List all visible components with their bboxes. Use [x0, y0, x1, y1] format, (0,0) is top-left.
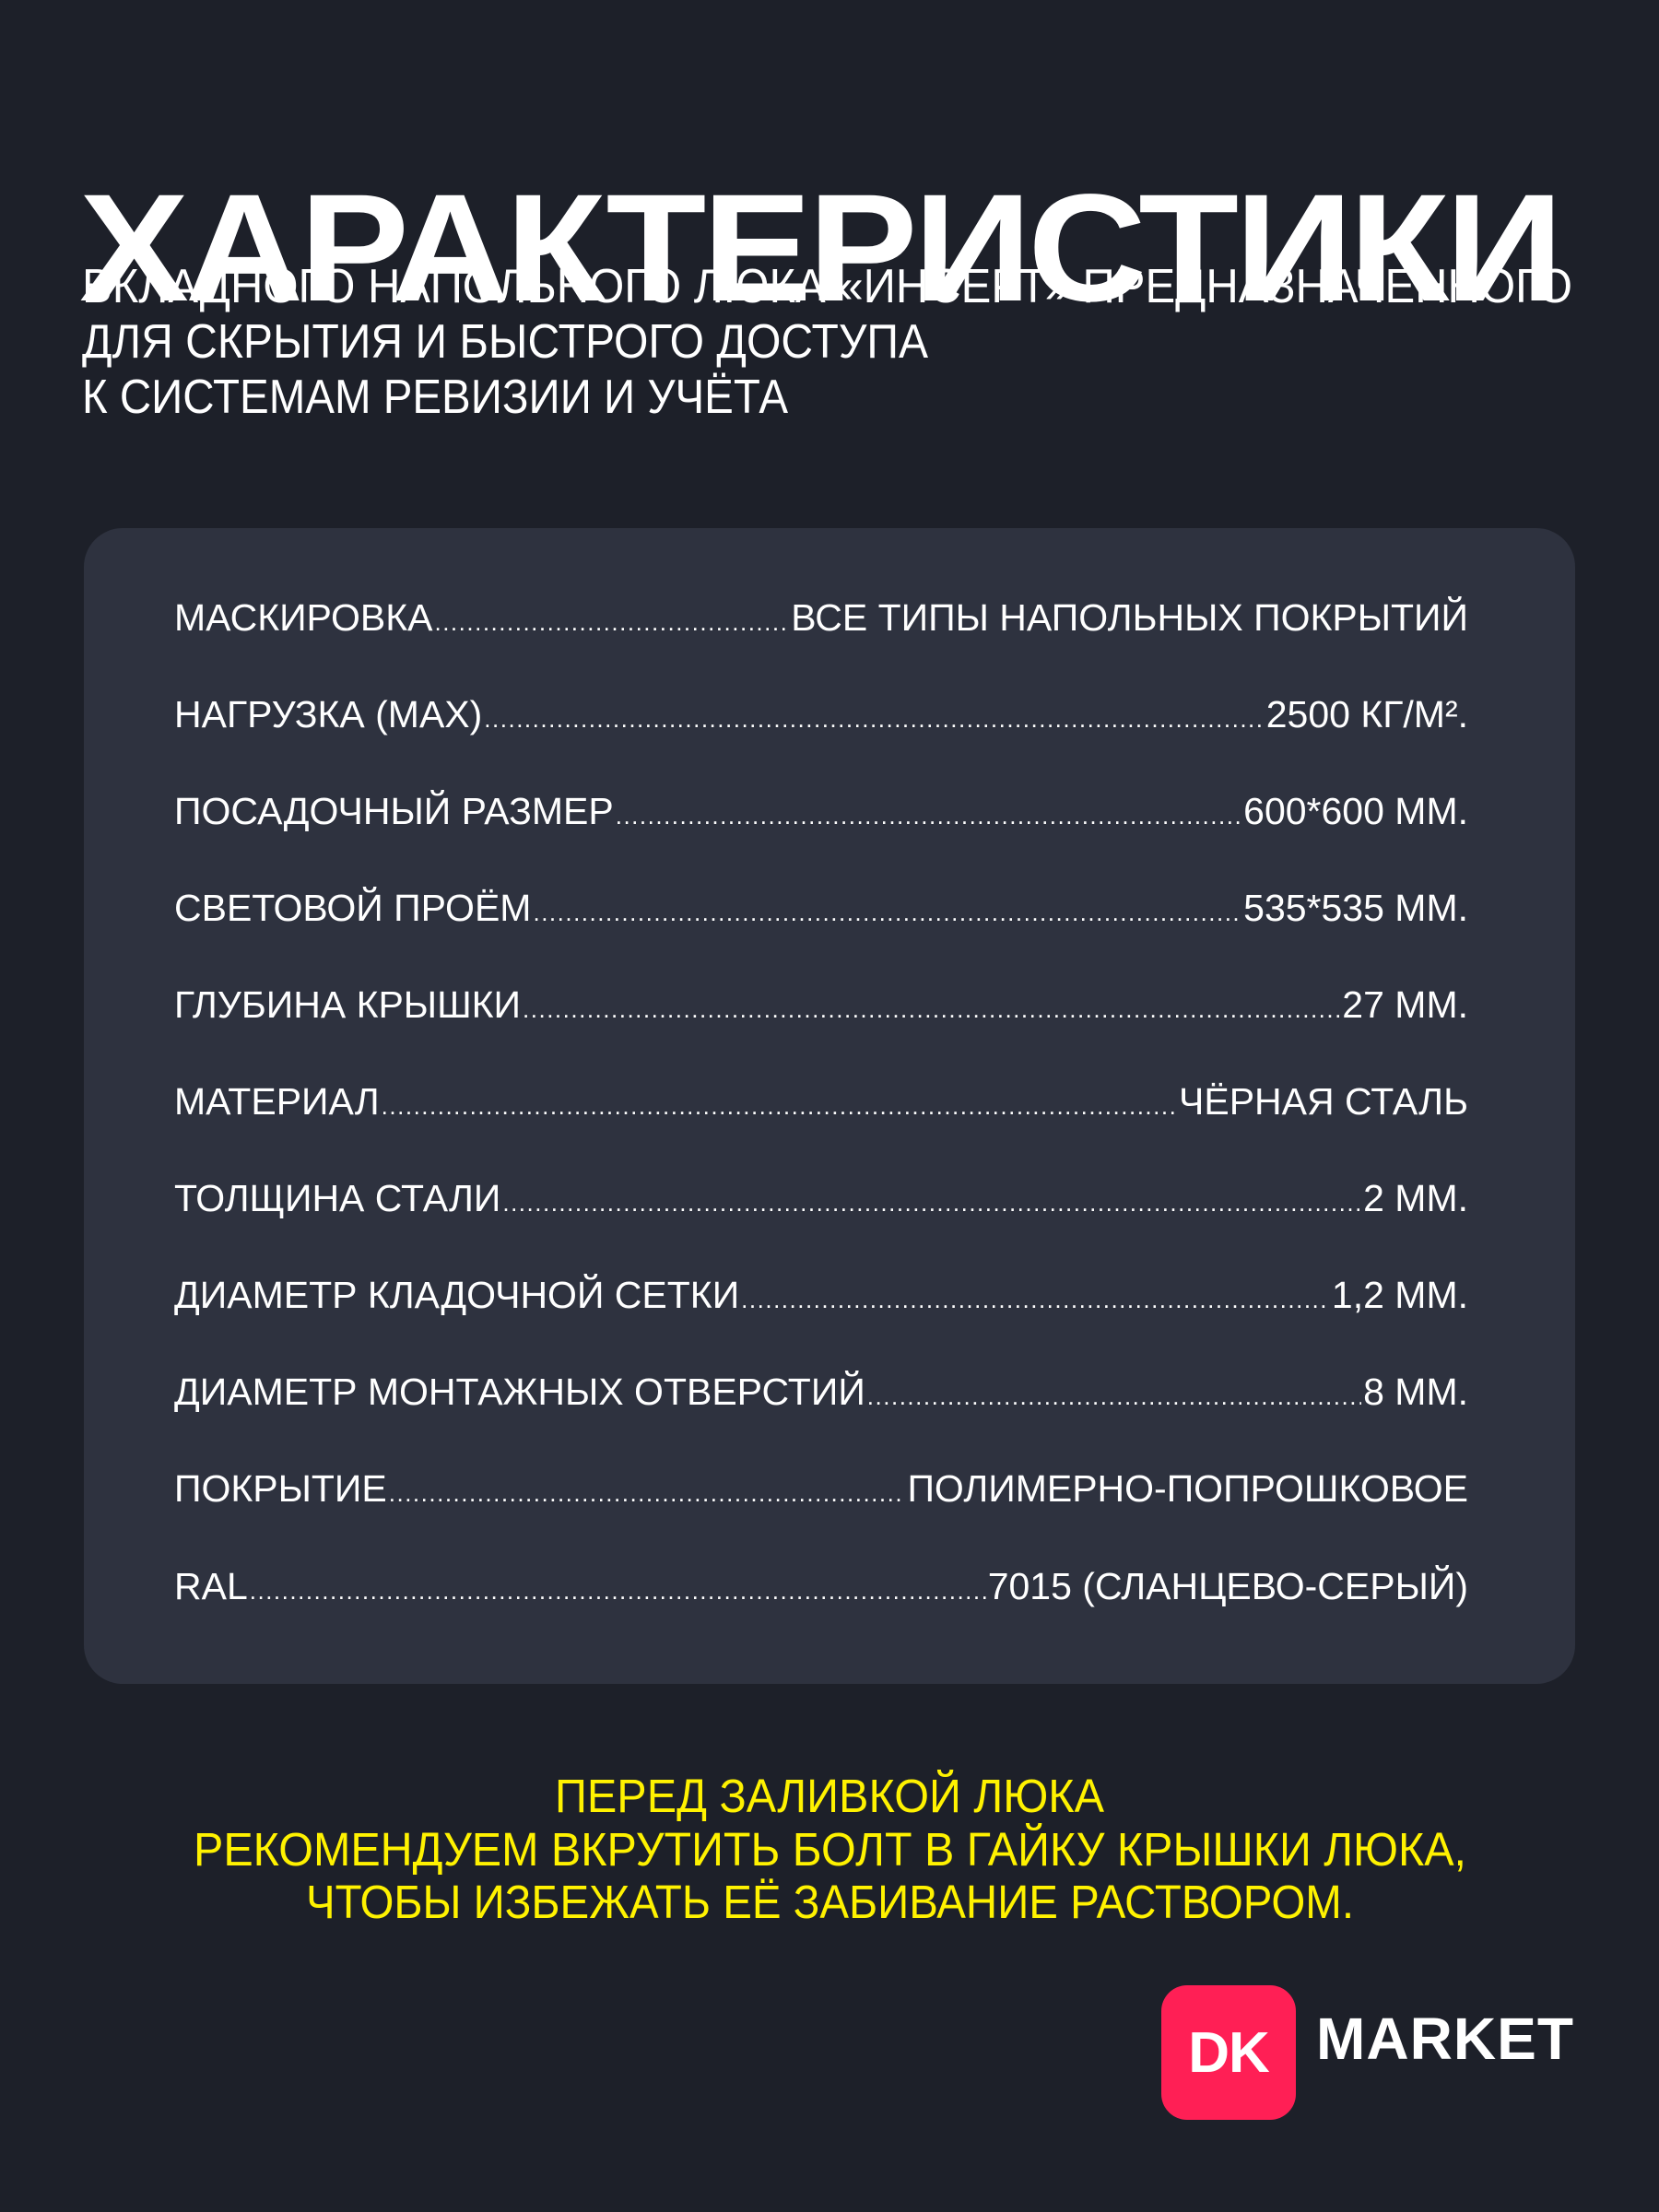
badge-text: DK: [1188, 2020, 1269, 2086]
spec-value: ЧЁРНАЯ СТАЛЬ: [1179, 1082, 1468, 1121]
spec-label: RAL: [174, 1567, 248, 1606]
spec-label: ПОСАДОЧНЫЙ РАЗМЕР: [174, 792, 614, 830]
spec-row-coating: ПОКРЫТИЕ ...............................…: [174, 1469, 1468, 1508]
spec-label: НАГРУЗКА (MAX): [174, 695, 482, 734]
spec-row-material: МАТЕРИАЛ ...............................…: [174, 1082, 1468, 1121]
spec-row-lid-depth: ГЛУБИНА КРЫШКИ .........................…: [174, 985, 1468, 1024]
spec-row-clear-opening: СВЕТОВОЙ ПРОЁМ .........................…: [174, 888, 1468, 927]
spec-row-ral: RAL ....................................…: [174, 1567, 1468, 1606]
spec-value: 600*600 ММ.: [1243, 792, 1468, 830]
subtitle-line-1: ВКЛАДНОГО НАПОЛЬНОГО ЛЮКА «ИНСЕРТ» ПРЕДН…: [82, 263, 1572, 311]
dot-leader: ........................................…: [616, 796, 1241, 835]
dot-leader: ........................................…: [533, 893, 1241, 932]
spec-label: ДИАМЕТР МОНТАЖНЫХ ОТВЕРСТИЙ: [174, 1372, 865, 1411]
note-line-3: ЧТОБЫ ИЗБЕЖАТЬ ЕЁ ЗАБИВАНИЕ РАСТВОРОМ.: [306, 1878, 1354, 1925]
spec-label: МАСКИРОВКА: [174, 598, 432, 637]
spec-value: 8 ММ.: [1363, 1372, 1468, 1411]
dot-leader: ........................................…: [502, 1183, 1361, 1222]
dk-badge-icon: DK: [1161, 1985, 1296, 2120]
spec-row-mounting-size: ПОСАДОЧНЫЙ РАЗМЕР ......................…: [174, 792, 1468, 830]
spec-value: ПОЛИМЕРНО-ПОПРОШКОВОЕ: [907, 1469, 1468, 1508]
dot-leader: ........................................…: [741, 1280, 1330, 1319]
dot-leader: ........................................…: [484, 700, 1264, 738]
spec-row-hole-diameter: ДИАМЕТР МОНТАЖНЫХ ОТВЕРСТИЙ ............…: [174, 1372, 1468, 1411]
dot-leader: ........................................…: [382, 1087, 1177, 1125]
spec-label: СВЕТОВОЙ ПРОЁМ: [174, 888, 531, 927]
spec-label: МАТЕРИАЛ: [174, 1082, 380, 1121]
spec-row-masking: МАСКИРОВКА .............................…: [174, 598, 1468, 637]
spec-value: 2500 КГ/М².: [1266, 695, 1468, 734]
subtitle-line-3: К СИСТЕМАМ РЕВИЗИИ И УЧЁТА: [82, 373, 788, 421]
spec-row-load: НАГРУЗКА (MAX) .........................…: [174, 695, 1468, 734]
spec-value: 535*535 ММ.: [1243, 888, 1468, 927]
dot-leader: ........................................…: [523, 990, 1340, 1029]
spec-label: ТОЛЩИНА СТАЛИ: [174, 1179, 500, 1218]
note-line-1: ПЕРЕД ЗАЛИВКОЙ ЛЮКА: [555, 1772, 1104, 1819]
spec-label: ДИАМЕТР КЛАДОЧНОЙ СЕТКИ: [174, 1276, 739, 1314]
subtitle-line-2: ДЛЯ СКРЫТИЯ И БЫСТРОГО ДОСТУПА: [82, 318, 928, 366]
dot-leader: ........................................…: [250, 1571, 986, 1610]
brand-wordmark: MARKET: [1316, 2009, 1574, 2068]
note-line-2: РЕКОМЕНДУЕМ ВКРУТИТЬ БОЛТ В ГАЙКУ КРЫШКИ…: [194, 1826, 1466, 1873]
spec-value: 7015 (СЛАНЦЕВО-СЕРЫЙ): [988, 1567, 1468, 1606]
spec-value: 1,2 ММ.: [1332, 1276, 1468, 1314]
dot-leader: ........................................…: [389, 1474, 906, 1512]
spec-row-mesh-diameter: ДИАМЕТР КЛАДОЧНОЙ СЕТКИ ................…: [174, 1276, 1468, 1314]
spec-value: 2 ММ.: [1363, 1179, 1468, 1218]
spec-label: ПОКРЫТИЕ: [174, 1469, 387, 1508]
spec-value: 27 ММ.: [1342, 985, 1468, 1024]
dot-leader: ........................................…: [867, 1377, 1361, 1416]
spec-row-steel-thickness: ТОЛЩИНА СТАЛИ ..........................…: [174, 1179, 1468, 1218]
spec-value: ВСЕ ТИПЫ НАПОЛЬНЫХ ПОКРЫТИЙ: [791, 598, 1468, 637]
dot-leader: ........................................…: [434, 603, 789, 641]
spec-label: ГЛУБИНА КРЫШКИ: [174, 985, 521, 1024]
